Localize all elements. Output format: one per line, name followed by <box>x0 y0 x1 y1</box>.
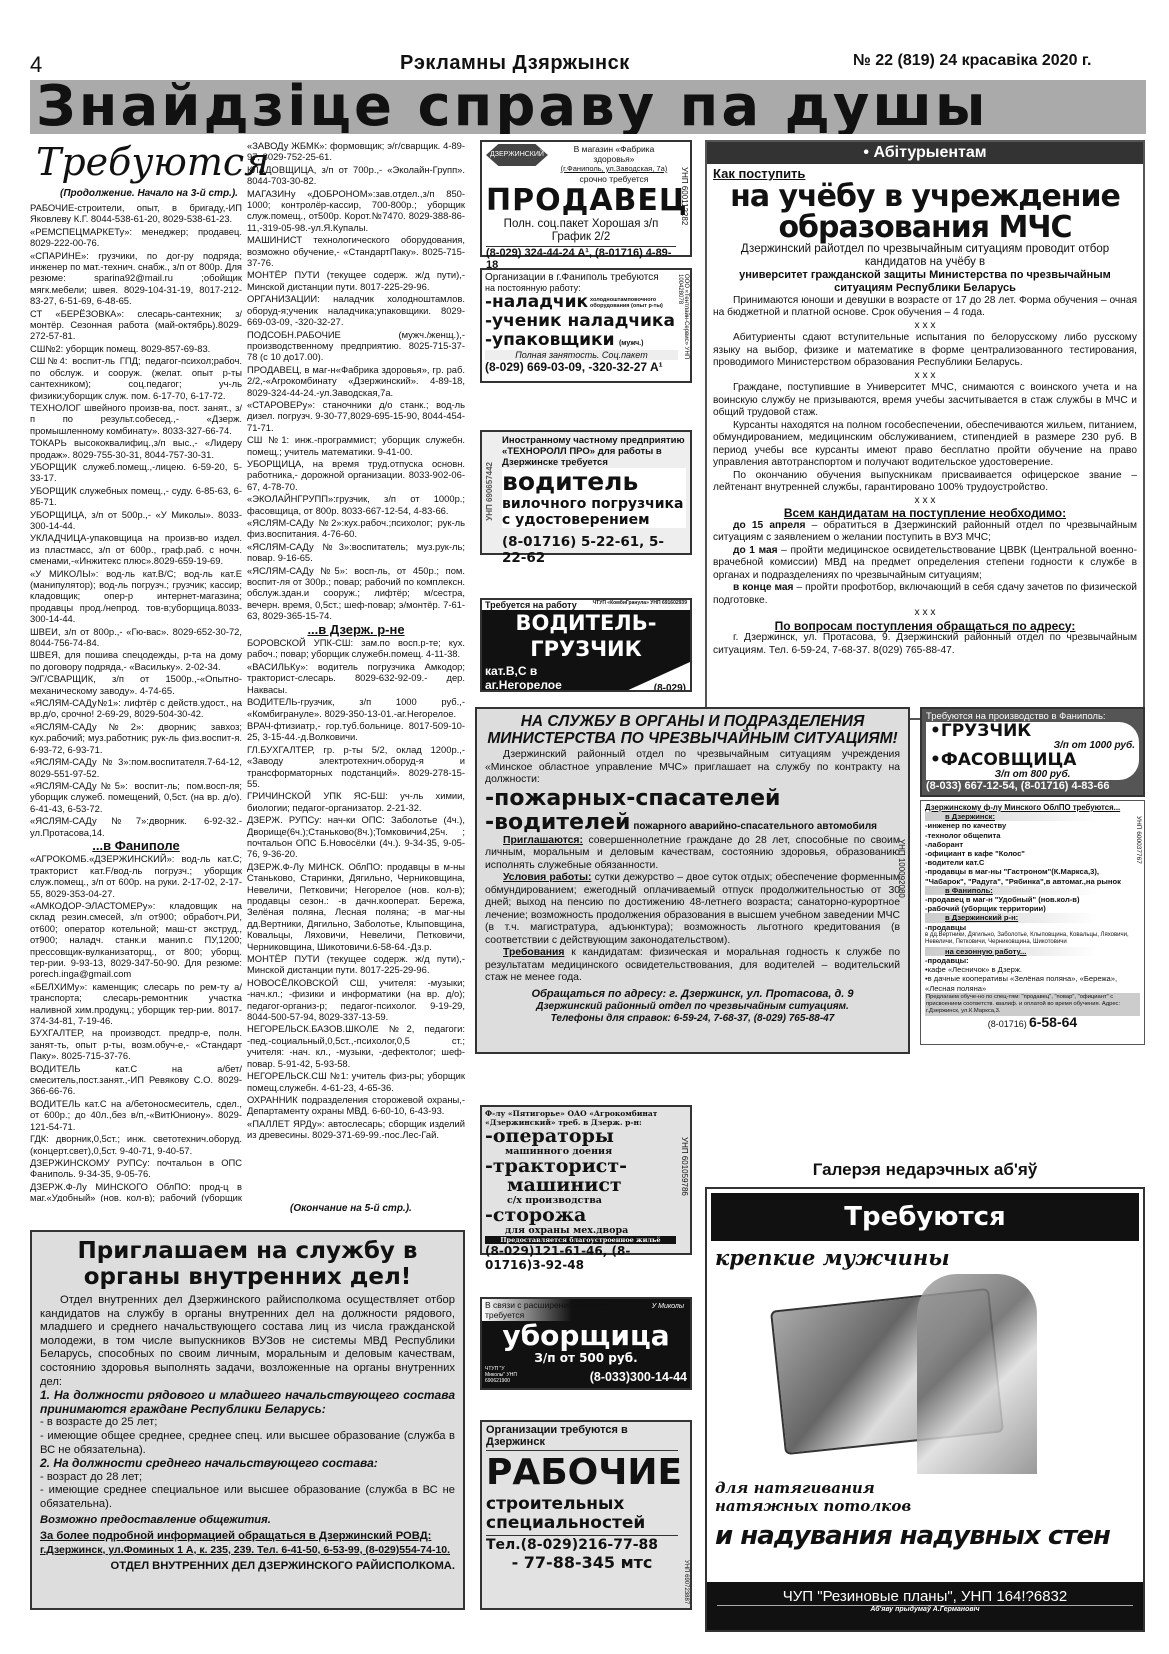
ad-salary: З/п от 500 руб. <box>482 1351 690 1365</box>
listing: ГЛ.БУХГАЛТЕР, гр. р-ты 5/2, оклад 1200р.… <box>247 744 465 790</box>
ad-line: Полн. соц.пакет Хорошая з/п <box>486 218 676 231</box>
unp-label: УНП 600037767 <box>1134 816 1143 864</box>
ad-fanipol-orgs: Организации в г.Фаниполь требуются на по… <box>480 268 692 383</box>
listing: ТЕХНОЛОГ швейного произв-ва, пост. занят… <box>30 402 242 436</box>
listing: «ЯСЛЯМ-САДу№7»:дворник. 6-92-32.-ул.Прот… <box>30 815 242 838</box>
ad-phone: (8-033) 667-12-54, (8-01716) 4-83-66 <box>926 780 1139 792</box>
ad-phone-code: (8-01716) <box>988 1019 1027 1029</box>
listing: ВРАЧ-фтизиатр,- гор.туб.больнице. 8017-5… <box>247 720 465 743</box>
ad-line: для натягивания <box>715 1479 911 1497</box>
ad-line: вилочного погрузчика <box>502 496 686 512</box>
position: -пожарных-спасателей <box>485 787 900 811</box>
ad-line: аг.Негорелое <box>485 678 562 692</box>
ad-line: натяжных потолков <box>715 1497 911 1515</box>
subheading: Всем кандидатам на поступление необходим… <box>713 507 1137 520</box>
unp-label: УНП 601059786 <box>680 1137 689 1196</box>
contact-heading: За более подробной информацией обращатьс… <box>40 1530 455 1544</box>
ad-line: кат.В,С в <box>485 664 562 678</box>
ad-heading: Требуются <box>711 1193 1139 1241</box>
listing: «ЯСЛЯМ-САДу№1»: лифтёр с действ.удост., … <box>30 697 242 720</box>
ad-note: Предлагаем обуче-но по спец-тям: "продав… <box>925 993 1140 1016</box>
listing: «АГРОКОМБ.«ДЗЕРЖИНСКИЙ»: вод-ль кат.С; т… <box>30 853 242 899</box>
listing: «ЯСЛЯМ-САДу №2»:кух.рабоч.;психолог; рук… <box>247 517 465 540</box>
continued-note: (Продолжение. Начало на 3-й стр.). <box>60 188 238 199</box>
subheading: 2. На должности среднего начальствующего… <box>40 1457 455 1471</box>
listing: ВОДИТЕЛЬ-грузчик, з/п 1000 руб.,- «Комби… <box>247 696 465 719</box>
ad-line: График 2/2 <box>486 231 676 244</box>
listing: «ПАЛЛЕТ ЯРДу»: автослесарь; сборщик изде… <box>247 1118 465 1141</box>
ad-title: Приглашаем на службу в органы внутренних… <box>40 1238 455 1290</box>
ad-phone: (8-01716) 5-22-61, 5-22-62 <box>502 534 686 566</box>
ad-subheading: в Фаниполь: <box>925 886 1097 895</box>
ad-phone: Телефоны для справок: 6-59-24, 7-68-37, … <box>485 1013 900 1025</box>
paragraph: По окончанию обучения выпускникам присва… <box>713 470 1137 495</box>
listing: МОНТЁР ПУТИ (текущее содерж. ж/д пути),-… <box>247 953 465 976</box>
deadline-text: – пройти медицинское освидетельствование… <box>713 545 1137 581</box>
ad-phone: - 77-88-345 мтс <box>486 1554 678 1572</box>
listing: УКЛАДЧИЦА-упаковщица на произв-во издел.… <box>30 532 242 566</box>
ad-item: -операторы <box>485 1127 676 1146</box>
ad-tehnoroll: Иностранному частному предприятию «ТЕХНО… <box>480 430 692 555</box>
ad-phone: (8-033)300-14-44 <box>590 1370 687 1384</box>
ad-item: -водители кат.С <box>925 858 1140 867</box>
listing: УБОРЩИК служебных помещ.,- суду. 6-85-63… <box>30 485 242 508</box>
ad-subheading: в Дзержинск: <box>925 812 1097 821</box>
ad-item: -упаковщики <box>485 330 614 350</box>
ad-title: водитель <box>502 468 686 496</box>
ad-item: -официант в кафе "Колос" <box>925 849 1140 858</box>
ad-item: -наладчик <box>485 293 588 312</box>
end-note: (Окончание на 5-й стр.). <box>290 1203 412 1214</box>
ad-title: ВОДИТЕЛЬ-ГРУЗЧИК <box>482 610 690 662</box>
separator: x x x <box>713 370 1137 383</box>
ad-oblpo: Дзержинскому ф-лу Минского ОблПО требуют… <box>920 800 1145 1045</box>
ad-rabochie: Организации требуются в Дзержинск РАБОЧИ… <box>480 1420 692 1610</box>
classifieds-col1: РАБОЧИЕ-строители, опыт, в бригаду,-ИП Я… <box>30 202 242 1202</box>
ad-voditel-gruzchik: Требуется на работуЧТУП «КомбиГранула» У… <box>480 598 692 692</box>
listing: СТ «БЕРЁЗОВКА»: слесарь-сантехник; з/мон… <box>30 308 242 342</box>
paragraph: Абитуриенты сдают вступительные испытани… <box>713 332 1137 370</box>
listing: ШВЕИ, з/п от 800р.,- «Гю-вас». 8029-652-… <box>30 626 242 649</box>
listing: СШ №1: инж.-программист; уборщик служебн… <box>247 434 465 457</box>
ad-footer: Предоставляется благоустроенное жильё <box>485 1236 676 1244</box>
ad-phone-code: (8-029) <box>654 683 686 692</box>
listing: МОНТЁР ПУТИ (текущее содерж. ж/д пути),-… <box>247 269 465 292</box>
ad-note: (мужч.) <box>619 340 644 347</box>
listing: «ЯСЛЯМ-САДу№3»:пом.воспитателя.7-64-12, … <box>30 756 242 779</box>
paper-name: Рэкламны Дзяржынск <box>400 52 630 75</box>
subheading: По вопросам поступления обращаться по ад… <box>713 620 1137 633</box>
paragraph: Отдел внутренних дел Дзержинского райисп… <box>40 1294 455 1389</box>
ad-intro: Организации требуются в Дзержинск <box>486 1424 678 1451</box>
ad-item: -рабочий (уборщик территории) <box>925 904 1140 913</box>
ad-item: -продавцы в маг-ны "Гастроном"(К.Маркса,… <box>925 867 1140 885</box>
ad-item: -продавец в маг-н "Удобный" (нов.кол-в) <box>925 895 1140 904</box>
deadline: до 1 мая <box>733 545 778 556</box>
ad-note: холодноштамповочного оборудования (опыт … <box>590 297 678 309</box>
listing: «СТАРОВЕРу»: станочники д/о станк.; вод-… <box>247 399 465 433</box>
section-heading: ...в Дзерж. р-не <box>247 624 465 635</box>
label: Требования <box>503 947 564 958</box>
ad-item: -продавцы: <box>925 956 1140 965</box>
listing: «ЯСЛЯМ-САДу №3»:воспитатель; муз.рук-ль;… <box>247 541 465 564</box>
position-note: пожарного аварийно-спасательного автомоб… <box>633 821 877 832</box>
listing: ВОДИТЕЛЬ кат.С на а/бетоносмеситель, сде… <box>30 1098 242 1132</box>
listing: Э/Г/СВАРЩИК, з/п от 1500р.,-«Опытно-меха… <box>30 673 242 696</box>
requirement: - имеющие среднее специальное или высшее… <box>40 1484 455 1511</box>
unp-label: УНП 100092080 <box>895 839 908 898</box>
listing: НЕГОРЕЛЬСК.БАЗОВ.ШКОЛЕ №2, педагоги: -пе… <box>247 1023 465 1069</box>
article-lead: Дзержинский райотдел по чрезвычайным сит… <box>713 243 1137 269</box>
contact-address: г.Дзержинск, ул.Фоминых 1 А, к. 235, 239… <box>40 1544 455 1558</box>
listing: «БЕЛХИМу»: каменщик; слесарь по рем-ту а… <box>30 981 242 1027</box>
listing: РАБОЧИЕ-строители, опыт, в бригаду,-ИП Я… <box>30 202 242 225</box>
listing: ДЗЕРЖИНСКОМУ РУПСу: почтальон в ОПС Фани… <box>30 1157 242 1180</box>
listing: ГДК: дворник,0,5ст.; инж. светотехнич.об… <box>30 1133 242 1156</box>
unp-label: ООО «Тентлайн-Сервис» УНП 100428078 <box>677 274 689 381</box>
ad-line: специальностей <box>486 1514 678 1536</box>
gallery-title: Галерэя недарэчных аб'яў <box>705 1160 1145 1180</box>
listing: ОХРАННИК подразделения сторожевой охраны… <box>247 1094 465 1117</box>
ad-title: •ФАСОВЩИЦА <box>930 751 1135 769</box>
listing: ШВЕЯ, для пошива спецодежды, р-та на дом… <box>30 649 242 672</box>
listing: ДЗЕРЖ.Ф-Лу МИНСКОГО ОблПО: прод-ц в маг.… <box>30 1181 242 1202</box>
ad-intro: Иностранному частному предприятию «ТЕХНО… <box>502 435 686 468</box>
paragraph: Граждане, поступившие в Университет МЧС,… <box>713 382 1137 420</box>
listing: «АМКОДОР-ЭЛАСТОМЕРу»: кладовщик на склад… <box>30 900 242 980</box>
ad-mvd-service: Приглашаем на службу в органы внутренних… <box>30 1230 465 1610</box>
listing: «У МИКОЛЫ»: вод-ль кат.В/С; вод-ль кат.Е… <box>30 568 242 625</box>
ad-subheading: в Дзержинский р-н: <box>925 913 1097 922</box>
section-header: • Абітурыентам <box>707 142 1143 164</box>
listing: ГРИЧИНСКОЙ УПК ЯС-БШ: уч-ль химии, биоло… <box>247 790 465 813</box>
article-headline: на учёбу в учреждение образования МЧС <box>713 181 1137 243</box>
requirement: - имеющие общее среднее, среднее спец. и… <box>40 1430 455 1457</box>
ad-uborshitsa: В связи с расширением штата требуется У … <box>480 1297 692 1390</box>
ad-org: Дзержинский районный отдел по чрезвычайн… <box>485 1001 900 1013</box>
listing: ДЗЕРЖ.Ф-Лу МИНСК. ОблПО: продавцы в м-ны… <box>247 861 465 952</box>
ad-subheading: на сезонную работу... <box>925 947 1097 956</box>
ad-item: машинист <box>485 1176 676 1195</box>
ad-item: -продавцы <box>925 923 1140 932</box>
ad-phone: (8-029) 669-03-09, -320-32-27 A¹ <box>485 360 678 374</box>
listing: СШ№4: воспит-ль ГПД; педагог-психол;рабо… <box>30 355 242 401</box>
ad-item: •кафе «Лесничок» в Дзерж. <box>925 965 1140 974</box>
listing: БУХГАЛТЕР, на производст. предпр-е, полн… <box>30 1027 242 1061</box>
label: Приглашаются: <box>503 835 583 846</box>
ad-intro: Дзержинский районный отдел по чрезвычайн… <box>485 749 900 787</box>
listing: МАШИНИСТ технологического оборудования, … <box>247 234 465 268</box>
listing: ПОДСОБН.РАБОЧИЕ (мужч./женщ.),- производ… <box>247 329 465 363</box>
ad-item: -ученик наладчика <box>485 312 678 331</box>
listing: СШ№2: уборщик помещ. 8029-857-69-83. <box>30 343 242 354</box>
ad-address: (г.Фаниполь, ул.Заводская, 7а) <box>552 164 676 174</box>
listing: «ЯСЛЯМ-САДу№5»: воспит-ль; пом.восп-ля; … <box>30 780 242 814</box>
ad-salary: З/п от 800 руб. <box>930 769 1135 780</box>
ad-footer: Полная занятость. Соц.пакет <box>485 350 678 360</box>
page-number: 4 <box>30 52 42 78</box>
abiturient-article: • Абітурыентам Как поступить на учёбу в … <box>705 140 1145 720</box>
listing: «ЭКОЛАЙНГРУПП»:грузчик, з/п от 1000р.; ф… <box>247 493 465 516</box>
unp-label: УНП 600112282 <box>680 167 689 225</box>
listing: НЕГОРЕЛЬСК.СШ №1: учитель физ-ры; уборщи… <box>247 1070 465 1093</box>
deadline: до 15 апреля <box>733 520 805 531</box>
separator: x x x <box>713 320 1137 333</box>
page-banner: Знайдзіце справу па душы <box>30 80 1146 134</box>
listing: УБОРЩИЦА, з/п от 500р.,- «У Миколы». 803… <box>30 509 242 532</box>
ad-intro: Требуется на работу <box>485 600 577 610</box>
listing: ВОДИТЕЛЬ кат.С на а/бет/смеситель,пост.з… <box>30 1063 242 1097</box>
section-heading: ...в Фаниполе <box>30 840 242 851</box>
listing: «ЯСЛЯМ-САДу№2»: дворник; завхоз; кух.раб… <box>30 721 242 755</box>
ad-item: -инженер по качеству <box>925 821 1140 830</box>
listing: УБОРЩИК служеб.помещ.,-лицею. 6-59-20, 5… <box>30 461 242 484</box>
position: -водителей <box>485 810 630 835</box>
ad-title: Дзержинскому ф-лу Минского ОблПО требуют… <box>925 803 1140 812</box>
unp-label: УНП 690657442 <box>485 462 494 521</box>
unp-label: УНП 690723887 <box>683 1560 689 1604</box>
ad-title: ПРОДАВЕЦ <box>486 184 676 218</box>
listing: «РЕМСПЕЦМАРКЕТу»: менеджер; продавец. 80… <box>30 226 242 249</box>
ad-credit: Аб'яву прыдумаў А.Германовіч <box>707 1606 1143 1613</box>
paragraph: Принимаются юноши и девушки в возрасте о… <box>713 295 1137 320</box>
listing: «ВАСИЛЬКу»: водитель погрузчика Амкодор;… <box>247 661 465 695</box>
ad-phone: Тел.(8-029)216-77-88 <box>486 1536 678 1554</box>
note: Возможно предоставление общежития. <box>40 1514 455 1528</box>
contact-address: г. Дзержинск, ул. Протасова, 9. Дзержинс… <box>713 632 1137 657</box>
ad-org: ЧТУП "У Миколы" УНП 690621900 <box>485 1366 525 1384</box>
listing: ОРГАНИЗАЦИИ: наладчик холодноштамлов. об… <box>247 293 465 327</box>
ad-item: •в дачные кооперативы «Зелёная поляна», … <box>925 974 1140 992</box>
ad-subtitle: крепкие мужчины <box>707 1245 1143 1270</box>
ad-item: -лаборант <box>925 840 1140 849</box>
ad-gruzchik-fasovshitsa: Требуются на производство в Фаниполь: •Г… <box>920 707 1145 797</box>
ad-line: с удостоверением <box>502 512 686 528</box>
listing: БОРОВСКОЙ УПК-СШ: зам.по восп.р-те; кух.… <box>247 637 465 660</box>
ad-gallery: Требуются крепкие мужчины для натягивани… <box>705 1187 1145 1632</box>
ad-intro: В связи с расширением штата требуется <box>482 1299 632 1321</box>
listing: КЛАДОВЩИЦА, з/п от 700р.,- «Эколайн-Груп… <box>247 164 465 187</box>
listing: ДЗЕРЖ. РУПСу: нач-ки ОПС: Заболотье (4ч.… <box>247 814 465 860</box>
label: Условия работы: <box>503 872 591 883</box>
subheading: 1. На должности рядового и младшего нача… <box>40 1389 455 1416</box>
ad-title: РАБОЧИЕ <box>486 1451 678 1495</box>
listing: «ЯСЛЯМ-САДу №5»: восп-ль, от 450р.; пом.… <box>247 565 465 622</box>
article-university: университет гражданской защиты Министерс… <box>713 269 1137 295</box>
signature: ОТДЕЛ ВНУТРЕННИХ ДЕЛ ДЗЕРЖИНСКОГО РАЙИСП… <box>40 1560 455 1574</box>
paragraph: Курсанты находятся на полном гособеспече… <box>713 420 1137 470</box>
ad-prodavec: ДЗЕРЖИНСКИЙ В магазин «Фабрика здоровья»… <box>480 140 692 257</box>
listing: ТОКАРЬ высококвалифиц.,з/п выс.,- «Лидер… <box>30 437 242 460</box>
ad-text: сутки дежурство – двое суток отдых; обес… <box>485 872 900 946</box>
ad-intro: Организации в г.Фаниполь требуются <box>485 272 678 283</box>
ad-item: -сторожа <box>485 1206 676 1225</box>
company-name: ЧУП "Резиновые планы", УНП 164!?6832 <box>717 1588 1133 1606</box>
column-title: Требуются <box>36 140 269 184</box>
man-image <box>917 1274 1037 1474</box>
ad-address: Обращаться по адресу: г. Дзержинск, ул. … <box>485 988 900 1001</box>
ad-pyatigorye: Ф-лу «Пятигорье» ОАО «Агрокомбинат «Дзер… <box>480 1105 692 1255</box>
ad-item-note: в дд.Вертники, Дягильно, Заболотье, Клып… <box>925 932 1140 947</box>
ad-title: •ГРУЗЧИК <box>930 722 1135 740</box>
ad-org: ЧТУП «КомбиГранула» УНП 691602939 <box>593 600 687 610</box>
ad-line: строительных <box>486 1495 678 1514</box>
ad-phone: (8-029)121-61-46, (8-01716)3-92-48 <box>485 1244 676 1272</box>
listing: НОВОСЁЛКОВСКОЙ СШ, учителя: -музыки; -на… <box>247 977 465 1023</box>
issue-info: № 22 (819) 24 красавіка 2020 г. <box>853 52 1091 70</box>
separator: x x x <box>713 607 1137 620</box>
listing: «ЗАВОДу ЖБМК»: формовщик; э/г/сварщик. 4… <box>247 140 465 163</box>
company-logo: ДЗЕРЖИНСКИЙ <box>486 144 548 166</box>
ad-title: НА СЛУЖБУ В ОРГАНЫ И ПОДРАЗДЕЛЕНИЯ МИНИС… <box>485 713 900 747</box>
ad-intro: В магазин «Фабрика здоровья» <box>552 144 676 164</box>
requirement: - в возрасте до 25 лет; <box>40 1416 455 1430</box>
ad-phone: 6-58-64 <box>1029 1014 1077 1030</box>
listing: МАГАЗИНу «ДОБРОНОМ»:зав.отдел.,з/п 850-1… <box>247 188 465 234</box>
listing: УБОРЩИЦА, на время труд.отпуска основн. … <box>247 458 465 492</box>
listing: «СПАРИНЕ»: грузчики, по дог-ру подряда; … <box>30 250 242 307</box>
classifieds-col2: «ЗАВОДу ЖБМК»: формовщик; э/г/сварщик. 4… <box>247 140 465 1190</box>
ad-item-note: для охраны мех.двора <box>485 1225 676 1236</box>
ad-item: -технолог общепита <box>925 831 1140 840</box>
listing: ПРОДАВЕЦ, в маг-н«Фабрика здоровья», гр.… <box>247 364 465 398</box>
requirement: - возраст до 28 лет; <box>40 1471 455 1485</box>
company-logo: У Миколы <box>652 1303 684 1310</box>
ad-line: и надувания надувных стен <box>715 1521 1110 1551</box>
ad-mchs-service: НА СЛУЖБУ В ОРГАНЫ И ПОДРАЗДЕЛЕНИЯ МИНИС… <box>475 707 910 1054</box>
deadline: в конце мая <box>733 582 794 593</box>
ad-title: уборщица <box>482 1321 690 1351</box>
